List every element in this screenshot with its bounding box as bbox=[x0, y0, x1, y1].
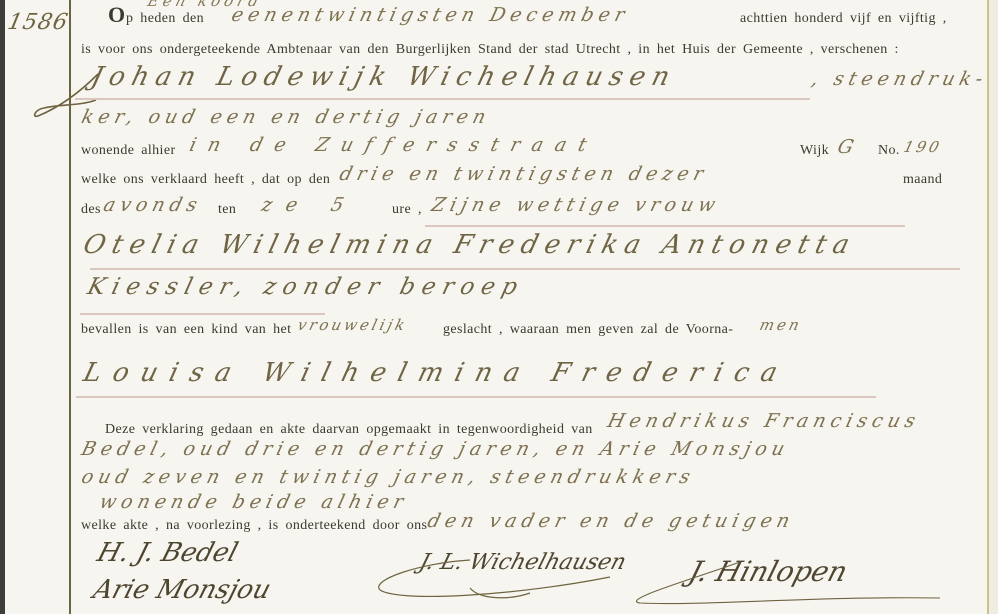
name-underline bbox=[76, 396, 876, 398]
handwritten-mother-surname: Kiessler, zonder beroep bbox=[85, 274, 527, 300]
printed-text: welke ons verklaard heeft , dat op den bbox=[81, 172, 330, 188]
printed-text: achttien honderd vijf en vijftig , bbox=[740, 11, 947, 27]
handwritten-father-name: Johan Lodewijk Wichelhausen bbox=[88, 62, 679, 92]
handwritten-child-name: Louisa Wilhelmina Frederica bbox=[80, 358, 792, 388]
handwritten-occupation: , steendruk- bbox=[809, 68, 990, 90]
printed-text: maand bbox=[903, 172, 942, 188]
signature-flourish-icon bbox=[360, 555, 640, 605]
handwritten-sex: vrouwelijk bbox=[296, 316, 410, 334]
printed-text: ure , bbox=[392, 202, 422, 218]
handwritten-house-number: 190 bbox=[902, 138, 944, 156]
scan-edge-right bbox=[989, 0, 998, 614]
handwritten-date: eenentwintigsten December bbox=[229, 4, 632, 26]
signature-witness-1: H. J. Bedel bbox=[94, 538, 242, 568]
handwritten-witness-details: Bedel, oud drie en dertig jaren, en Arie… bbox=[79, 438, 792, 460]
handwritten-signers: den vader en de getuigen bbox=[425, 510, 797, 532]
handwritten-mother-name: Otelia Wilhelmina Frederika Antonetta bbox=[80, 230, 859, 260]
handwritten-age: ker, oud een en dertig jaren bbox=[79, 106, 493, 128]
handwritten-witness-1: Hendrikus Franciscus bbox=[605, 410, 922, 432]
handwritten-suffix: men bbox=[758, 316, 804, 334]
handwritten-wife-label: Zijne wettige vrouw bbox=[429, 194, 722, 216]
printed-text: wonende alhier bbox=[81, 143, 176, 159]
printed-text: Deze verklaring gedaan en akte daarvan o… bbox=[105, 422, 593, 438]
printed-text: geslacht , waaraan men geven zal de Voor… bbox=[443, 322, 733, 338]
name-underline bbox=[90, 268, 960, 270]
handwritten-witness-details: oud zeven en twintig jaren, steendrukker… bbox=[79, 466, 697, 488]
printed-text: ten bbox=[218, 202, 236, 218]
handwritten-birth-date: drie en twintigsten dezer bbox=[337, 163, 710, 185]
handwritten-address: in de Zuffersstraat bbox=[187, 134, 601, 156]
signature-witness-2: Arie Monsjou bbox=[90, 575, 275, 605]
printed-text: bevallen is van een kind van het bbox=[81, 322, 291, 338]
name-underline bbox=[75, 98, 810, 100]
handwritten-hour: ze 5 bbox=[259, 194, 360, 216]
printed-text: des bbox=[81, 202, 101, 218]
record-number: 1586 bbox=[5, 10, 70, 35]
handwritten-residence: wonende beide alhier bbox=[97, 491, 410, 513]
printed-text: Wijk bbox=[800, 143, 829, 159]
initial-letter: O bbox=[108, 2, 126, 28]
printed-text: is voor ons ondergeteekende Ambtenaar va… bbox=[81, 42, 899, 58]
name-underline bbox=[425, 225, 905, 227]
printed-text: p heden den bbox=[126, 11, 204, 27]
printed-text: No. bbox=[878, 143, 900, 159]
signature-flourish-icon bbox=[620, 560, 950, 610]
printed-text: welke akte , na voorlezing , is ondertee… bbox=[81, 518, 427, 534]
handwritten-time-of-day: avonds bbox=[101, 194, 204, 216]
name-underline bbox=[80, 313, 325, 315]
